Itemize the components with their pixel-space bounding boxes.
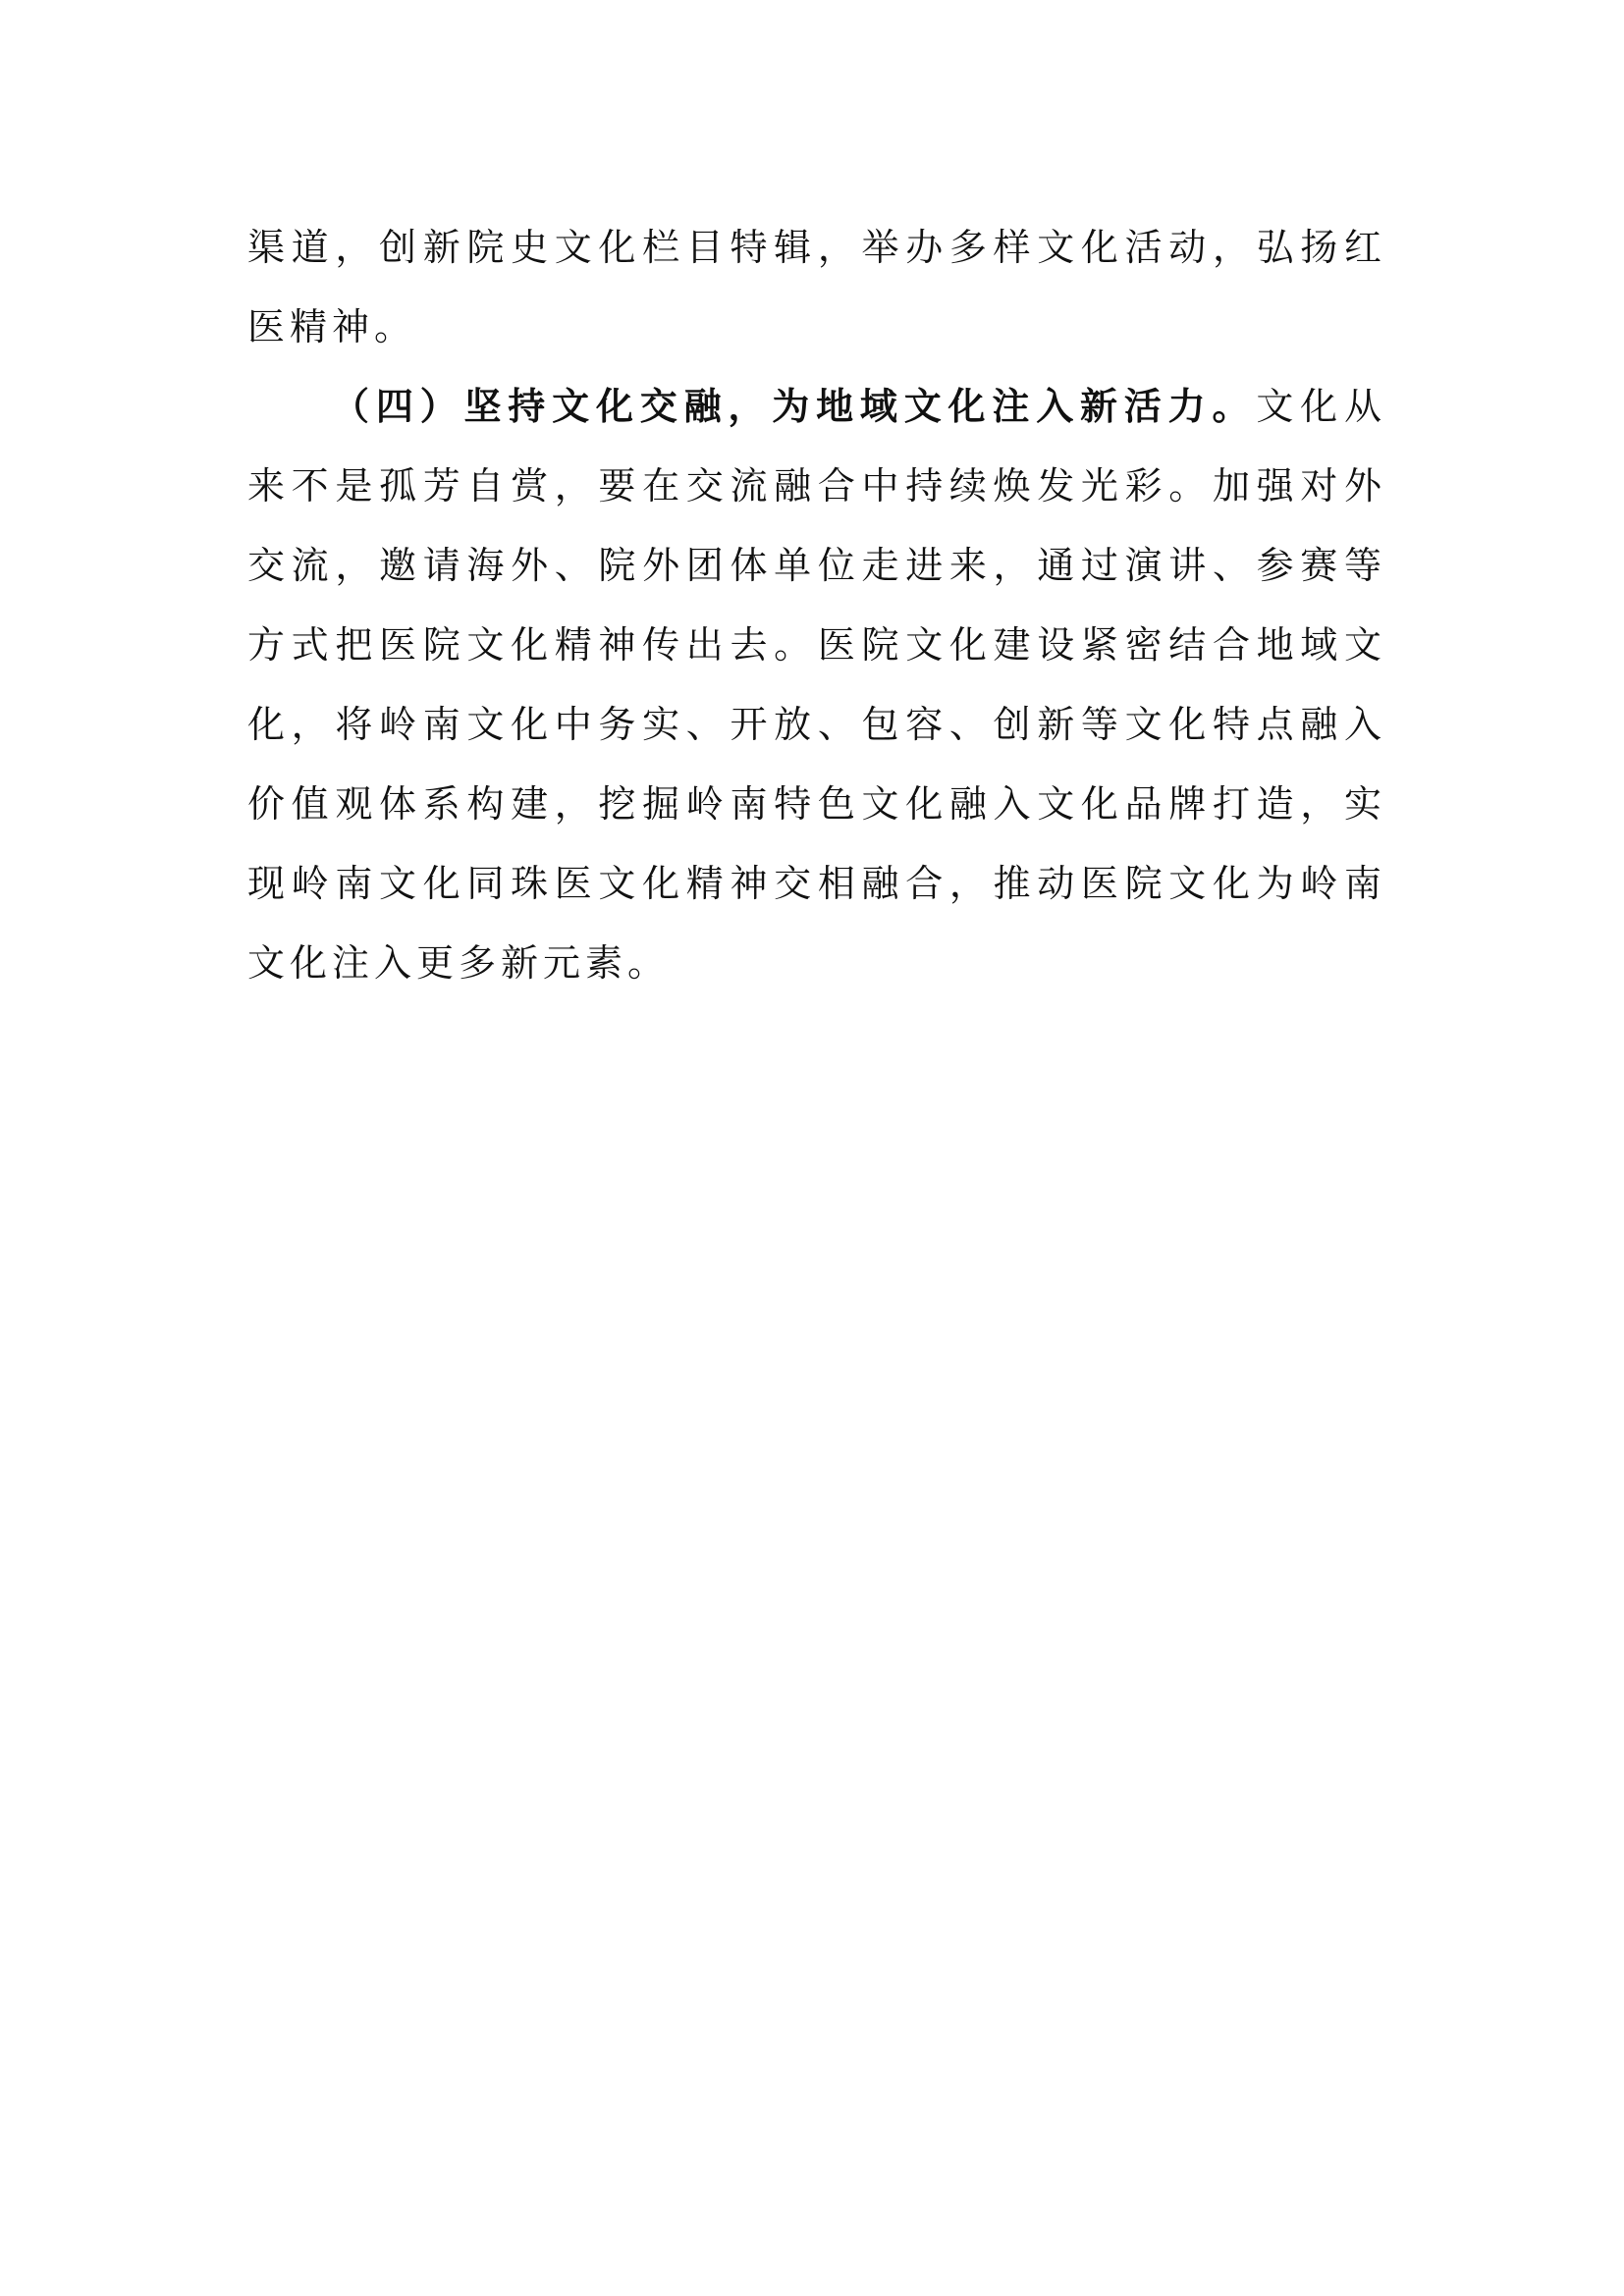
paragraph-text: 文化从来不是孤芳自赏，要在交流融合中持续焕发光彩。加强对外交流，邀请海外、院外团… (247, 385, 1386, 985)
paragraph-section-four: （四）坚持文化交融，为地域文化注入新活力。文化从来不是孤芳自赏，要在交流融合中持… (247, 367, 1386, 1003)
paragraph-text: 渠道，创新院史文化栏目特辑，举办多样文化活动，弘扬红医精神。 (247, 226, 1386, 348)
document-page: 渠道，创新院史文化栏目特辑，举办多样文化活动，弘扬红医精神。 （四）坚持文化交融… (0, 0, 1624, 2296)
body-text: 渠道，创新院史文化栏目特辑，举办多样文化活动，弘扬红医精神。 （四）坚持文化交融… (247, 208, 1386, 1003)
section-heading: （四）坚持文化交融，为地域文化注入新活力。 (332, 385, 1256, 428)
paragraph-continuation: 渠道，创新院史文化栏目特辑，举办多样文化活动，弘扬红医精神。 (247, 208, 1386, 367)
